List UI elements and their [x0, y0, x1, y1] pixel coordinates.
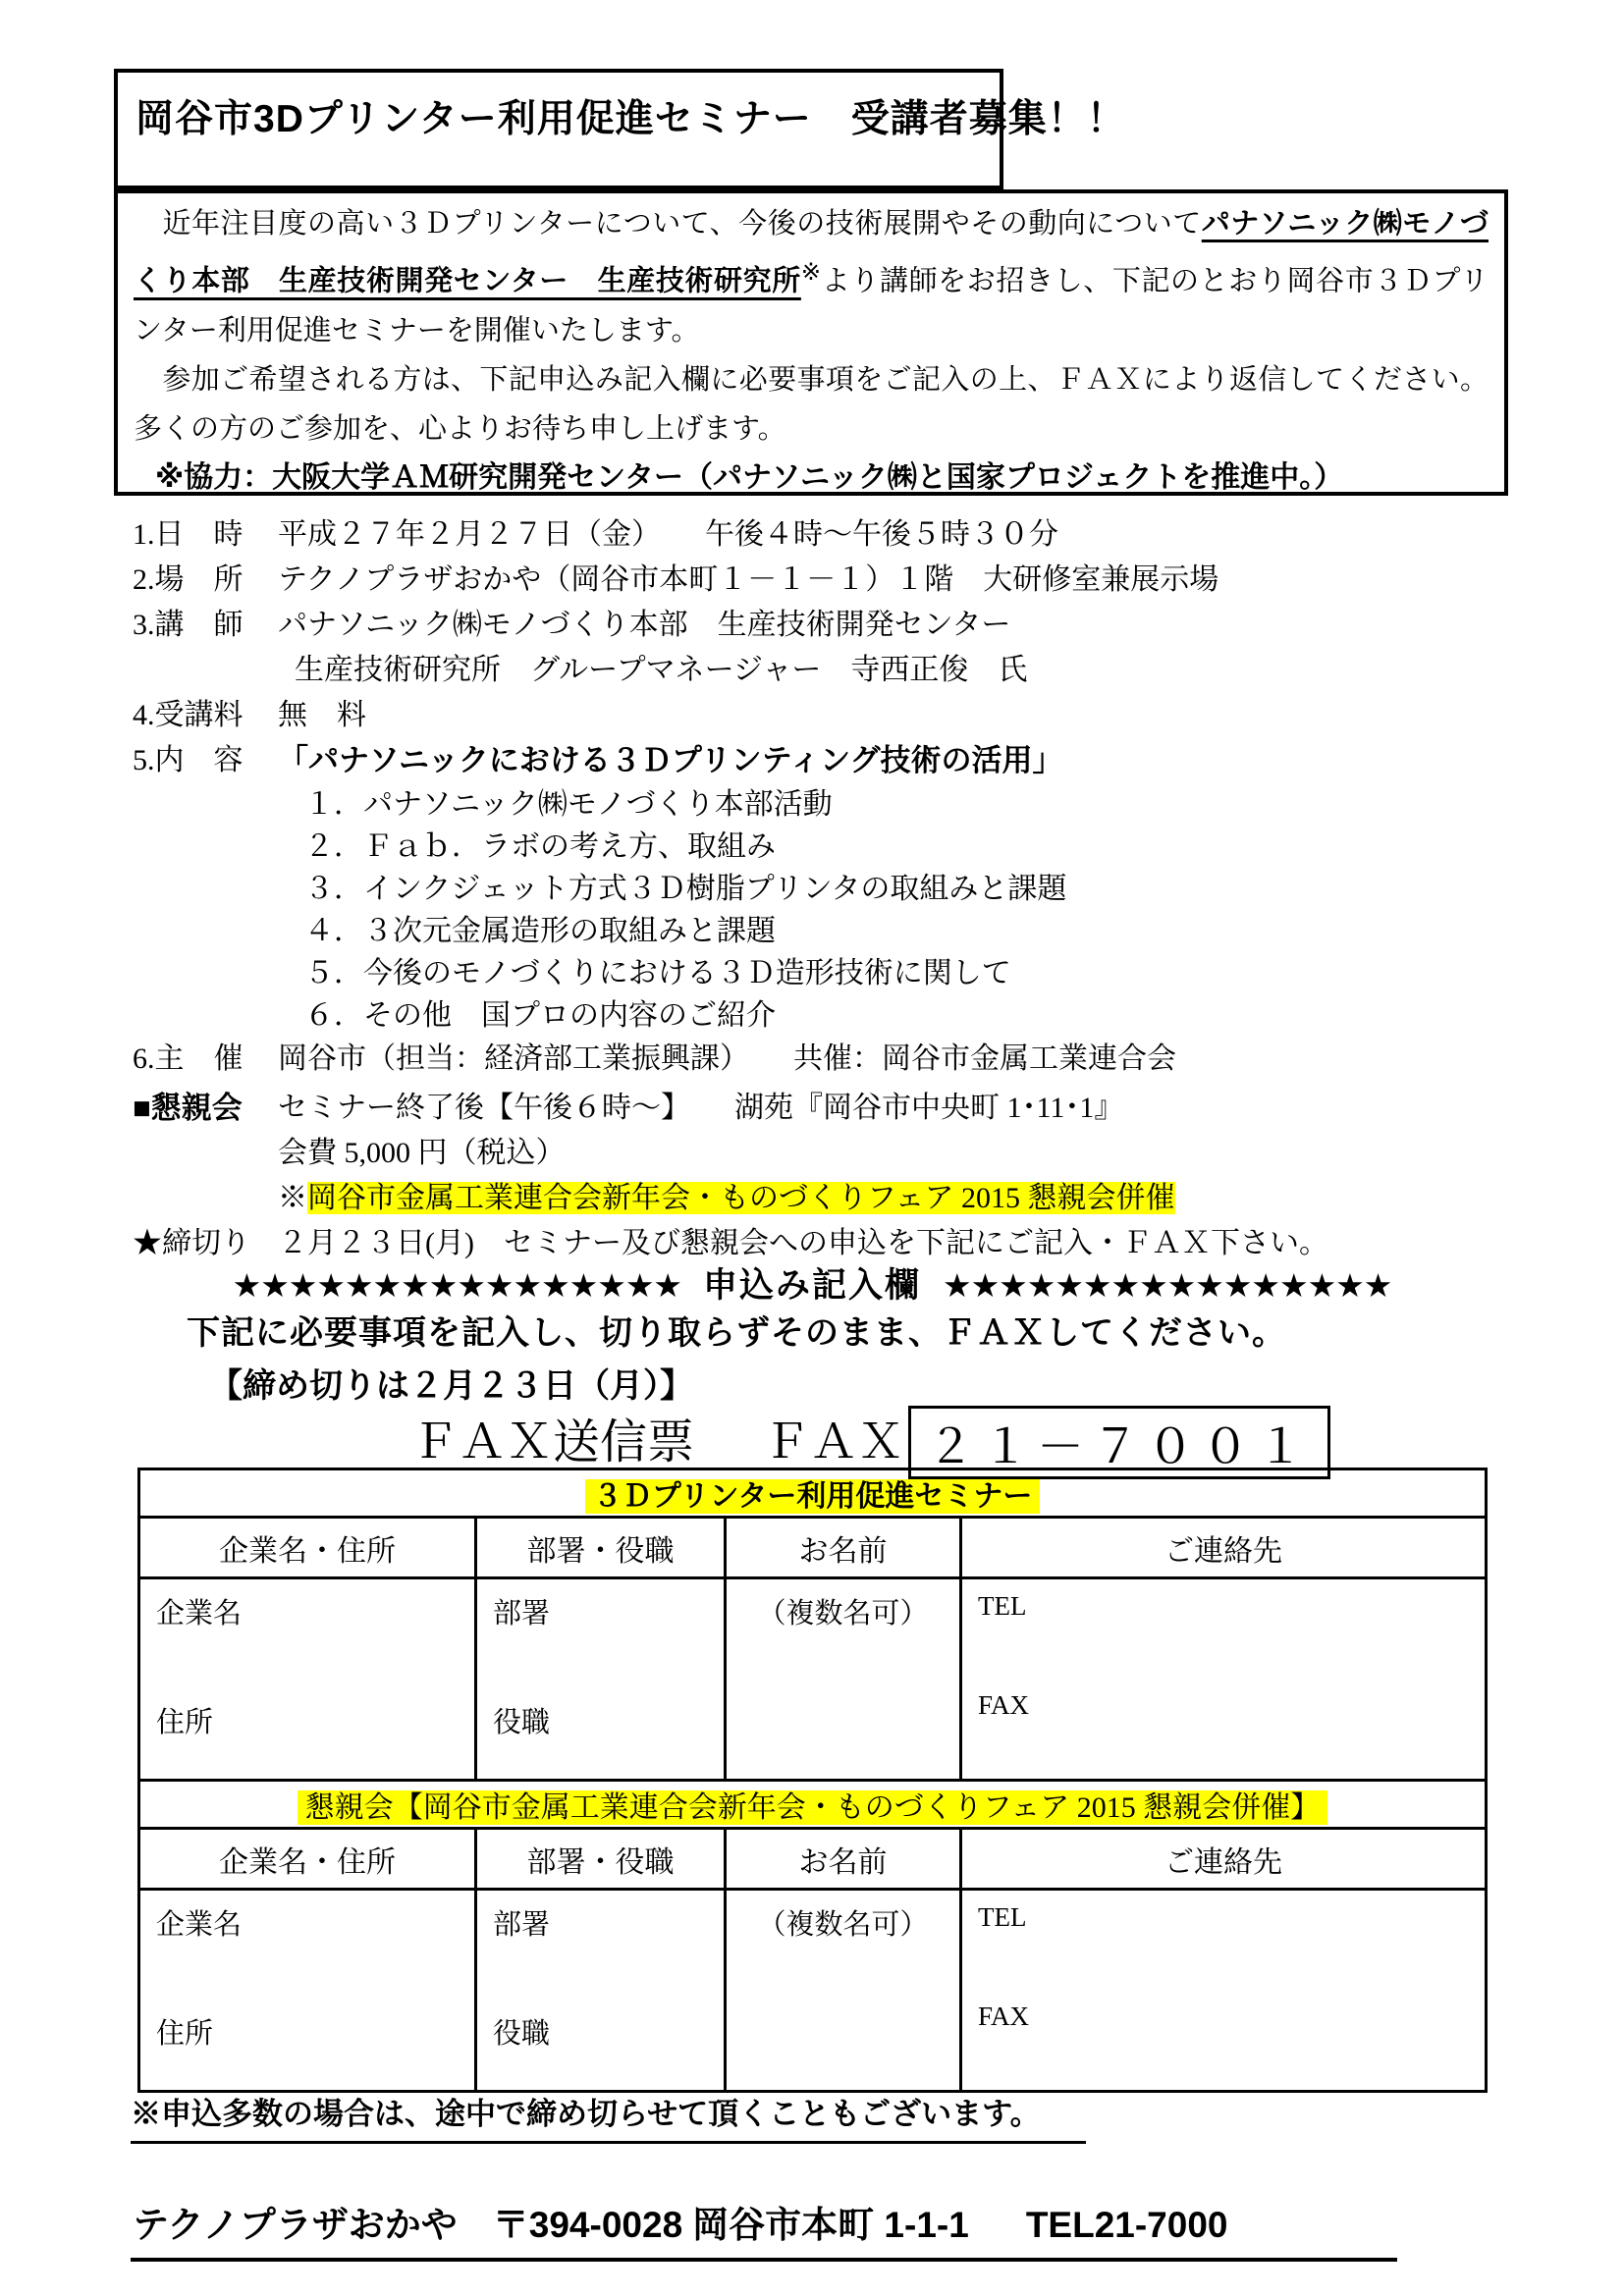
- overflow-note: ※申込多数の場合は、途中で締め切らせて頂くこともございます。: [131, 2089, 1086, 2144]
- dept-field-label: 部署: [493, 1902, 708, 1943]
- party-table-title-row: 懇親会【岡谷市金属工業連合会新年会・ものづくりフェア 2015 懇親会併催】: [139, 1781, 1487, 1829]
- seminar-table-header-row: 企業名・住所 部署・役職 お名前 ご連絡先: [139, 1518, 1487, 1578]
- seminar-application-table: ３Ｄプリンター利用促進セミナー 企業名・住所 部署・役職 お名前 ご連絡先 企業…: [137, 1468, 1488, 1782]
- fax-field-label: FAX: [978, 1690, 1469, 1721]
- cooperation-note: ※協力：大阪大学ＡＭ研究開発センター（パナソニック㈱と国家プロジェクトを推進中。…: [134, 454, 1489, 496]
- seminar-col-dept: 部署・役職: [476, 1518, 726, 1578]
- detail-value-lecturer-cont: 生産技術研究所 グループマネージャー 寺西正俊 氏: [295, 648, 1027, 693]
- address-field-label: 住所: [156, 2011, 459, 2052]
- party-application-table: 懇親会【岡谷市金属工業連合会新年会・ものづくりフェア 2015 懇親会併催】 企…: [137, 1779, 1488, 2093]
- party-table-title-cell: 懇親会【岡谷市金属工業連合会新年会・ものづくりフェア 2015 懇親会併催】: [139, 1781, 1487, 1829]
- detail-row-lecturer-cont: 生産技術研究所 グループマネージャー 寺西正俊 氏: [133, 648, 1527, 693]
- intro-p1-pre: 近年注目度の高い３Ｄプリンターについて、今後の技術展開やその動向について: [134, 208, 1202, 240]
- detail-row-fee: 4.受講料 無 料: [133, 693, 1527, 738]
- contents-sublist: １．パナソニック㈱モノづくり本部活動 ２．Ｆａｂ．ラボの考え方、取組み ３．イン…: [304, 783, 1527, 1037]
- tel-field-label: TEL: [978, 1591, 1469, 1622]
- detail-label-lecturer: 3.講 師: [133, 603, 278, 648]
- address-field-label: 住所: [156, 1700, 459, 1740]
- application-note-2: 【締め切りは２月２３日（月）】: [209, 1359, 693, 1407]
- party-line3-highlight: 岡谷市金属工業連合会新年会・ものづくりフェア 2015 懇親会併催: [307, 1182, 1175, 1214]
- dept-field-label: 部署: [493, 1591, 708, 1631]
- fax-sheet-label: ＦＡＸ送信票: [411, 1416, 694, 1468]
- detail-label-host: 6.主 催: [133, 1037, 278, 1082]
- title-box: 岡谷市3Dプリンター利用促進セミナー 受講者募集！！: [114, 69, 1003, 189]
- party-line3-prefix: ※: [278, 1182, 307, 1214]
- intro-p1-ref-mark: ※: [801, 259, 822, 286]
- seminar-table-title: ３Ｄプリンター利用促進セミナー: [585, 1479, 1041, 1514]
- detail-label-place: 2.場 所: [133, 558, 278, 603]
- detail-value-datetime: 平成２７年２月２７日（金） 午後４時～午後５時３０分: [278, 512, 1058, 558]
- role-field-label: 役職: [493, 1700, 708, 1740]
- application-title: 申込み記入欄: [703, 1266, 921, 1305]
- party-entry-name-cell[interactable]: （複数名可）: [726, 1890, 961, 2092]
- fax-field-label: FAX: [978, 2002, 1469, 2032]
- detail-row-contents: 5.内 容 「パナソニックにおける３Ｄプリンティング技術の活用」: [133, 738, 1527, 783]
- name-note-label: （複数名可）: [742, 1591, 944, 1631]
- party-table-entry-row: 企業名 住所 部署 役職 （複数名可） TEL FAX: [139, 1890, 1487, 2092]
- party-row-1: ■懇親会 セミナー終了後【午後６時～】 湖苑『岡谷市中央町 1･11･1』: [133, 1086, 1527, 1131]
- party-entry-dept-cell[interactable]: 部署 役職: [476, 1890, 726, 2092]
- seminar-col-name: お名前: [726, 1518, 961, 1578]
- page-title: 岡谷市3Dプリンター利用促進セミナー 受講者募集！！: [135, 88, 1126, 143]
- party-col-company: 企業名・住所: [139, 1829, 476, 1890]
- seminar-entry-dept-cell[interactable]: 部署 役職: [476, 1578, 726, 1781]
- party-line3: ※岡谷市金属工業連合会新年会・ものづくりフェア 2015 懇親会併催: [278, 1176, 1175, 1221]
- venue-tel: TEL21-7000: [1026, 2205, 1228, 2245]
- party-line1: セミナー終了後【午後６時～】 湖苑『岡谷市中央町 1･11･1』: [278, 1086, 1123, 1131]
- contents-item-5: ５．今後のモノづくりにおける３Ｄ造形技術に関して: [304, 952, 1527, 994]
- venue-address: 岡谷市本町 1-1-1: [692, 2205, 969, 2245]
- detail-row-host: 6.主 催 岡谷市（担当：経済部工業振興課） 共催：岡谷市金属工業連合会: [133, 1037, 1527, 1082]
- application-stars-row: ★★★★★★★★★★★★★★★★申込み記入欄★★★★★★★★★★★★★★★★: [0, 1258, 1624, 1308]
- seminar-entry-contact-cell[interactable]: TEL FAX: [961, 1578, 1487, 1781]
- party-label-empty-2: [133, 1176, 278, 1221]
- intro-paragraph-1: 近年注目度の高い３Ｄプリンターについて、今後の技術展開やその動向についてパナソニ…: [134, 199, 1489, 355]
- application-note-1: 下記に必要事項を記入し、切り取らずそのまま、ＦＡＸしてください。: [187, 1306, 1286, 1354]
- name-note-label: （複数名可）: [742, 1902, 944, 1943]
- contents-item-6: ６．その他 国プロの内容のご紹介: [304, 994, 1527, 1037]
- contents-item-2: ２．Ｆａｂ．ラボの考え方、取組み: [304, 826, 1527, 868]
- fax-number: ２１－７００１: [927, 1421, 1312, 1473]
- seminar-entry-company-cell[interactable]: 企業名 住所: [139, 1578, 476, 1781]
- seminar-col-company: 企業名・住所: [139, 1518, 476, 1578]
- seminar-entry-name-cell[interactable]: （複数名可）: [726, 1578, 961, 1781]
- stars-right: ★★★★★★★★★★★★★★★★: [943, 1267, 1391, 1304]
- intro-paragraph-2: 参加ご希望される方は、下記申込み記入欄に必要事項をご記入の上、ＦＡＸにより返信し…: [134, 355, 1489, 454]
- detail-value-lecturer: パナソニック㈱モノづくり本部 生産技術開発センター: [278, 603, 1010, 648]
- party-section: ■懇親会 セミナー終了後【午後６時～】 湖苑『岡谷市中央町 1･11･1』 会費…: [133, 1086, 1527, 1266]
- seminar-table-title-row: ３Ｄプリンター利用促進セミナー: [139, 1469, 1487, 1518]
- seminar-table-title-cell: ３Ｄプリンター利用促進セミナー: [139, 1469, 1487, 1518]
- venue-name: テクノプラザおかや: [133, 2205, 458, 2245]
- detail-label-contents: 5.内 容: [133, 738, 278, 783]
- detail-row-datetime: 1.日 時 平成２７年２月２７日（金） 午後４時～午後５時３０分: [133, 512, 1527, 558]
- party-col-contact: ご連絡先: [961, 1829, 1487, 1890]
- contents-item-1: １．パナソニック㈱モノづくり本部活動: [304, 783, 1527, 826]
- party-label-empty-1: [133, 1131, 278, 1176]
- detail-label-fee: 4.受講料: [133, 693, 278, 738]
- role-field-label: 役職: [493, 2011, 708, 2052]
- intro-box: 近年注目度の高い３Ｄプリンターについて、今後の技術展開やその動向についてパナソニ…: [114, 189, 1508, 496]
- detail-value-contents: 「パナソニックにおける３Ｄプリンティング技術の活用」: [278, 738, 1063, 783]
- contents-item-4: ４．３次元金属造形の取組みと課題: [304, 910, 1527, 952]
- party-col-dept: 部署・役職: [476, 1829, 726, 1890]
- detail-value-place: テクノプラザおかや（岡谷市本町１－１－１）１階 大研修室兼展示場: [278, 558, 1218, 603]
- company-field-label: 企業名: [156, 1902, 459, 1943]
- tel-field-label: TEL: [978, 1902, 1469, 1933]
- venue-footer: テクノプラザおかや〒394-0028岡谷市本町 1-1-1TEL21-7000: [131, 2195, 1397, 2262]
- party-line2: 会費 5,000 円（税込）: [278, 1131, 566, 1176]
- seminar-table-entry-row: 企業名 住所 部署 役職 （複数名可） TEL FAX: [139, 1578, 1487, 1781]
- stars-left: ★★★★★★★★★★★★★★★★: [233, 1267, 681, 1304]
- party-table-header-row: 企業名・住所 部署・役職 お名前 ご連絡先: [139, 1829, 1487, 1890]
- contents-item-3: ３．インクジェット方式３Ｄ樹脂プリンタの取組みと課題: [304, 868, 1527, 910]
- party-label: ■懇親会: [133, 1086, 278, 1131]
- detail-row-lecturer: 3.講 師 パナソニック㈱モノづくり本部 生産技術開発センター: [133, 603, 1527, 648]
- party-entry-company-cell[interactable]: 企業名 住所: [139, 1890, 476, 2092]
- fax-word: ＦＡＸ: [763, 1416, 904, 1468]
- company-field-label: 企業名: [156, 1591, 459, 1631]
- party-row-3: ※岡谷市金属工業連合会新年会・ものづくりフェア 2015 懇親会併催: [133, 1176, 1527, 1221]
- detail-value-host: 岡谷市（担当：経済部工業振興課） 共催：岡谷市金属工業連合会: [278, 1037, 1176, 1082]
- detail-value-fee: 無 料: [278, 693, 366, 738]
- detail-label-datetime: 1.日 時: [133, 512, 278, 558]
- party-col-name: お名前: [726, 1829, 961, 1890]
- seminar-col-contact: ご連絡先: [961, 1518, 1487, 1578]
- detail-label-empty: [133, 648, 278, 693]
- party-entry-contact-cell[interactable]: TEL FAX: [961, 1890, 1487, 2092]
- party-row-2: 会費 5,000 円（税込）: [133, 1131, 1527, 1176]
- seminar-details: 1.日 時 平成２７年２月２７日（金） 午後４時～午後５時３０分 2.場 所 テ…: [133, 512, 1527, 1082]
- venue-postal: 〒394-0028: [493, 2205, 682, 2245]
- party-table-title: 懇親会【岡谷市金属工業連合会新年会・ものづくりフェア 2015 懇親会併催】: [298, 1790, 1328, 1825]
- detail-row-place: 2.場 所 テクノプラザおかや（岡谷市本町１－１－１）１階 大研修室兼展示場: [133, 558, 1527, 603]
